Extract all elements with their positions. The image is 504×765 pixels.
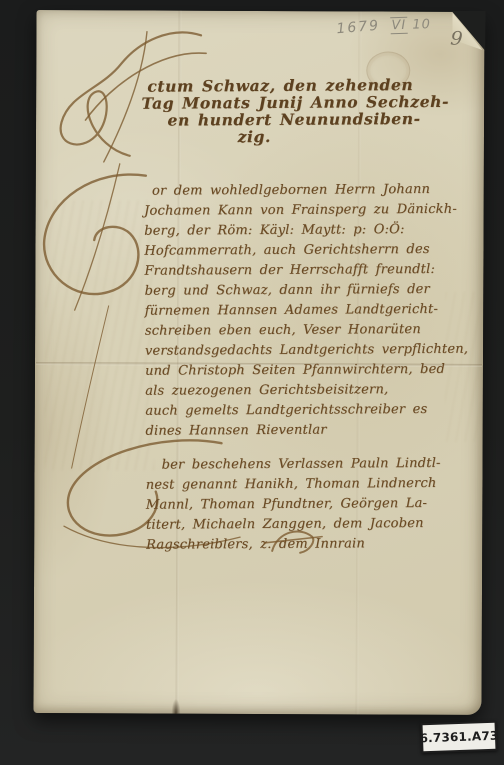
shelfmark-label: 6.7361.A73 bbox=[420, 721, 497, 754]
manuscript-line: or dem wohledlgebornen Herrn Johann bbox=[152, 180, 466, 202]
manuscript-line: verstandsgedachts Landtgerichts verpflic… bbox=[145, 340, 467, 362]
manuscript-line: Mannl, Thoman Pfundtner, Geörgen La- bbox=[146, 494, 468, 516]
manuscript-line: nest genannt Hanikh, Thoman Lindnerch bbox=[146, 474, 468, 496]
manuscript-line: berg, der Röm: Käyl: Maytt: p: O:Ö: bbox=[144, 220, 466, 242]
document-heading: ctum Schwaz, den zehenden Tag Monats Jun… bbox=[145, 76, 445, 146]
handwritten-text-layer: ctum Schwaz, den zehenden Tag Monats Jun… bbox=[33, 10, 485, 716]
manuscript-line: und Christoph Seiten Pfannwirchtern, bed bbox=[145, 360, 467, 382]
manuscript-line: Frandtshausern der Herrschafft freundtl: bbox=[144, 260, 466, 282]
photo-background: 1679 VI 10 9 ctum Schwaz, den zehenden T… bbox=[0, 0, 504, 765]
manuscript-line: auch gemelts Landtgerichtsschreiber es bbox=[145, 400, 467, 422]
strikethrough-flourish bbox=[262, 525, 324, 557]
manuscript-page: 1679 VI 10 9 ctum Schwaz, den zehenden T… bbox=[33, 10, 484, 715]
manuscript-line: berg und Schwaz, dann ihr fürniefs der bbox=[145, 280, 467, 302]
manuscript-line: ber beschehens Verlassen Pauln Lindtl- bbox=[162, 454, 468, 476]
manuscript-line: Hofcammerrath, auch Gerichtsherrn des bbox=[144, 240, 466, 262]
manuscript-line: fürnemen Hannsen Adames Landtgericht- bbox=[145, 300, 467, 322]
body-paragraph-1: or dem wohledlgebornen Herrn Johann Joch… bbox=[144, 180, 468, 442]
heading-line: en hundert Neunundsiben- bbox=[167, 110, 445, 129]
heading-line: zig. bbox=[238, 127, 446, 145]
manuscript-line: als zuezogenen Gerichtsbeisitzern, bbox=[145, 380, 467, 402]
manuscript-line: schreiben eben euch, Veser Honarüten bbox=[145, 320, 467, 342]
manuscript-line: Jochamen Kann von Frainsperg zu Dänickh- bbox=[144, 200, 466, 222]
shelfmark-text: 6.7361.A73 bbox=[419, 729, 498, 746]
